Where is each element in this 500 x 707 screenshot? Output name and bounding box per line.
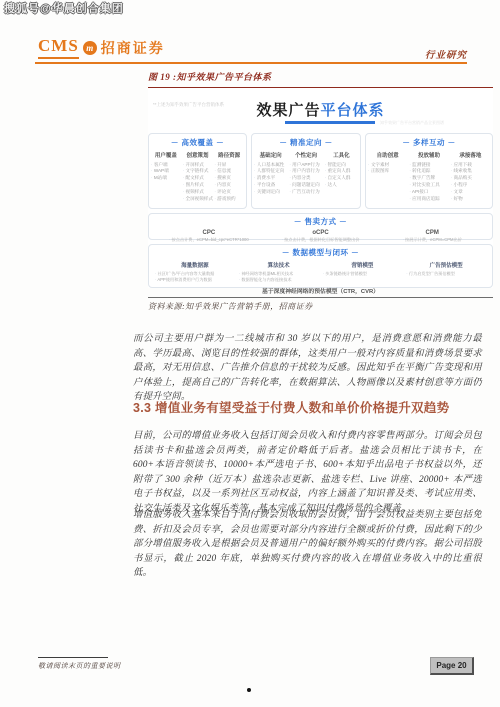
- pricing-description: 按展示计费，eCPM=CPM出价: [376, 237, 488, 243]
- subcolumn-item: 全屏视频样式: [183, 196, 213, 203]
- box-data-model: － 数据模型与闭环 － 海量数据源社区/广告/平台内容等大量数据APP使用和消费…: [148, 244, 493, 288]
- data-model-column: 营销模型多条链路统计营销模型: [321, 261, 405, 283]
- data-model-column: 海量数据源社区/广告/平台内容等大量数据APP使用和消费用户行为数据: [153, 261, 237, 283]
- subcolumn-title: 创意策划: [183, 151, 213, 159]
- pricing-description: 按点击计费，eCPM=bid_cpc*eCTR*1000: [153, 237, 265, 243]
- box-targeting: － 精准定向 － 基础定向人口基本属性人群特征定向消费水平平台设备关键词定向个性…: [251, 133, 361, 209]
- pricing-label: oCPC: [265, 230, 377, 236]
- diagram-title-part1: 效果广告: [256, 102, 320, 119]
- subcolumn-item: 游戏预约: [214, 196, 244, 203]
- subcolumn-item: 好物: [451, 196, 490, 203]
- subcolumn-item: 应用商店追踪: [409, 196, 448, 203]
- diagram-subcolumn: 个性定向用户APP行为用户内容行为内容分类问题话题定向广告互动行为: [288, 151, 323, 196]
- diagram-subcolumn: 工具化智能定向重定向人群自定义人群达人: [324, 151, 359, 196]
- data-model-column: 广告预估模型行为启发型广告预估模型: [404, 261, 488, 283]
- cms-logo-icon: m: [83, 41, 97, 55]
- box-data-model-columns: 海量数据源社区/广告/平台内容等大量数据APP使用和消费用户行为数据算法技术神经…: [153, 261, 488, 283]
- footer-disclaimer: 敬请阅读末页的重要说明: [38, 661, 121, 671]
- box-targeting-header: － 精准定向 －: [253, 137, 359, 148]
- body-paragraph-1: 而公司主要用户群为一二线城市和 30 岁以下的用户，是消费意愿和消费能力最高、学…: [133, 332, 482, 405]
- subcolumn-item: 文章: [451, 189, 490, 196]
- data-model-column-title: 广告预估模型: [406, 261, 486, 269]
- subcolumn-title: 用户覆盖: [151, 151, 181, 159]
- diagram-subcolumn: 投放辅助监测链接转化追踪数字广告牌对比实验工具API接口应用商店追踪: [408, 151, 449, 203]
- footer-disclaimer-block: 敬请阅读末页的重要说明: [38, 657, 121, 671]
- section-heading-3-3: 3.3 增值业务有望受益于付费人数和单价价格提升双趋势: [133, 398, 493, 416]
- footer-divider: [38, 657, 108, 658]
- subcolumn-title: 承接落地: [451, 151, 490, 159]
- sohu-watermark: 搜狐号@华晨创合集团: [4, 3, 124, 16]
- diagram-title-part2: 平台体系: [321, 102, 385, 119]
- subcolumn-title: 投放辅助: [409, 151, 448, 159]
- subcolumn-title: 个性定向: [289, 151, 322, 159]
- figure-block: 图 19 :知乎效果广告平台体系 **上述为知乎效果广告平台营销体系 效果广告平…: [148, 70, 493, 312]
- box-interaction-header: － 多样互动 －: [367, 137, 491, 148]
- header-divider: [35, 62, 467, 64]
- pricing-column: CPM按展示计费，eCPM=CPM出价: [376, 230, 488, 243]
- subcolumn-item: 正版图库: [368, 168, 407, 175]
- page-number-badge: Page 20: [430, 657, 474, 675]
- pricing-label: CPC: [153, 230, 265, 236]
- box-targeting-columns: 基础定向人口基本属性人群特征定向消费水平平台设备关键词定向个性定向用户APP行为…: [253, 151, 359, 196]
- diagram-top-boxes: － 高效覆盖 － 用户覆盖客户端WAP端M站端创意策划开屏样式文字链样式配文样式…: [148, 133, 493, 209]
- diagram-subcolumn: 基础定向人口基本属性人群特征定向消费水平平台设备关键词定向: [253, 151, 288, 196]
- box-data-model-header: － 数据模型与闭环 －: [153, 247, 488, 258]
- box-interaction: － 多样互动 － 自助创意文字素材正版图库投放辅助监测链接转化追踪数字广告牌对比…: [365, 133, 493, 209]
- data-model-column: 算法技术神经网络等机器ML相关技术数据智能化与内容连接技术: [237, 261, 321, 283]
- data-model-item: 行为启发型广告预估模型: [406, 271, 486, 277]
- diagram-title-underline-row: 知乎效果广告平台营销产品全景图谱: [148, 120, 493, 126]
- box-coverage-header: － 高效覆盖 －: [150, 137, 245, 148]
- data-model-item: 数据智能化与内容连接技术: [239, 277, 319, 283]
- subcolumn-title: 工具化: [325, 151, 358, 159]
- pricing-label: CPM: [376, 230, 488, 236]
- data-model-item: APP使用和消费用户行为数据: [155, 277, 235, 283]
- title-underline-bar: [285, 121, 375, 124]
- subcolumn-item: API接口: [409, 189, 448, 196]
- subcolumn-title: 自助创意: [368, 151, 407, 159]
- figure-caption: 图 19 :知乎效果广告平台体系: [148, 70, 493, 88]
- diagram-subcolumn: 自助创意文字素材正版图库: [367, 151, 408, 203]
- brand-name: 招商证券: [101, 38, 165, 58]
- subcolumn-item: 广告互动行为: [289, 189, 322, 196]
- pricing-column: CPC按点击计费，eCPM=bid_cpc*eCTR*1000: [153, 230, 265, 243]
- box-coverage-columns: 用户覆盖客户端WAP端M站端创意策划开屏样式文字链样式配文样式图片样式视频样式全…: [150, 151, 245, 203]
- pricing-column: oCPC按点击计费，根据转化目标智能调整出价: [265, 230, 377, 243]
- ad-platform-diagram: **上述为知乎效果广告平台营销体系 效果广告平台体系 知乎效果广告平台营销产品全…: [148, 88, 493, 288]
- box-data-model-footer: 基于深度神经网络的预估模型（CTR，CVR）: [153, 286, 488, 295]
- subcolumn-item: M站端: [151, 175, 181, 182]
- diagram-subcolumn: 路径资源开屏信息流搜索页内容页评论页游戏预约: [213, 151, 245, 203]
- box-interaction-columns: 自助创意文字素材正版图库投放辅助监测链接转化追踪数字广告牌对比实验工具API接口…: [367, 151, 491, 203]
- diagram-footnote: **上述为知乎效果广告平台营销体系: [153, 102, 224, 108]
- box-coverage: － 高效覆盖 － 用户覆盖客户端WAP端M站端创意策划开屏样式文字链样式配文样式…: [148, 133, 247, 209]
- box-pricing-header: － 售卖方式 －: [153, 216, 488, 227]
- data-model-column-title: 营销模型: [323, 261, 403, 269]
- pricing-description: 按点击计费，根据转化目标智能调整出价: [265, 237, 377, 243]
- subcolumn-title: 路径资源: [214, 151, 244, 159]
- report-category-label: 行业研究: [425, 47, 467, 61]
- diagram-subtitle: 知乎效果广告平台营销产品全景图谱: [380, 120, 444, 126]
- data-model-item: 多条链路统计营销模型: [323, 271, 403, 277]
- box-pricing: － 售卖方式 － CPC按点击计费，eCPM=bid_cpc*eCTR*1000…: [148, 213, 493, 240]
- subcolumn-item: 评论页: [214, 189, 244, 196]
- diagram-subcolumn: 承接落地应用下载线索收集商品购买小程序文章好物: [450, 151, 491, 203]
- body-paragraph-2: 目前，公司的增值业务收入包括订阅会员收入和付费内容零售两部分。订阅会员包括读书卡…: [133, 429, 482, 516]
- diagram-subcolumn: 用户覆盖客户端WAP端M站端: [150, 151, 182, 203]
- brand-logo: CMS m 招商证券: [38, 36, 165, 59]
- bullet-dot: [247, 688, 251, 692]
- data-model-column-title: 算法技术: [239, 261, 319, 269]
- cms-logo-text: CMS: [38, 36, 79, 59]
- diagram-subcolumn: 创意策划开屏样式文字链样式配文样式图片样式视频样式全屏视频样式: [182, 151, 214, 203]
- data-model-column-title: 海量数据源: [155, 261, 235, 269]
- subcolumn-title: 基础定向: [254, 151, 287, 159]
- subcolumn-item: 视频样式: [183, 189, 213, 196]
- subcolumn-item: 达人: [325, 182, 358, 189]
- figure-source: 资料来源:知乎效果广告营销手册，招商证券: [148, 297, 493, 312]
- body-paragraph-3: 增值服务收入基本来自于向付费会员收取的会员费，由于会员权益类别主要包括免费、折扣…: [133, 508, 482, 581]
- box-pricing-columns: CPC按点击计费，eCPM=bid_cpc*eCTR*1000oCPC按点击计费…: [153, 230, 488, 243]
- subcolumn-item: 关键词定向: [254, 189, 287, 196]
